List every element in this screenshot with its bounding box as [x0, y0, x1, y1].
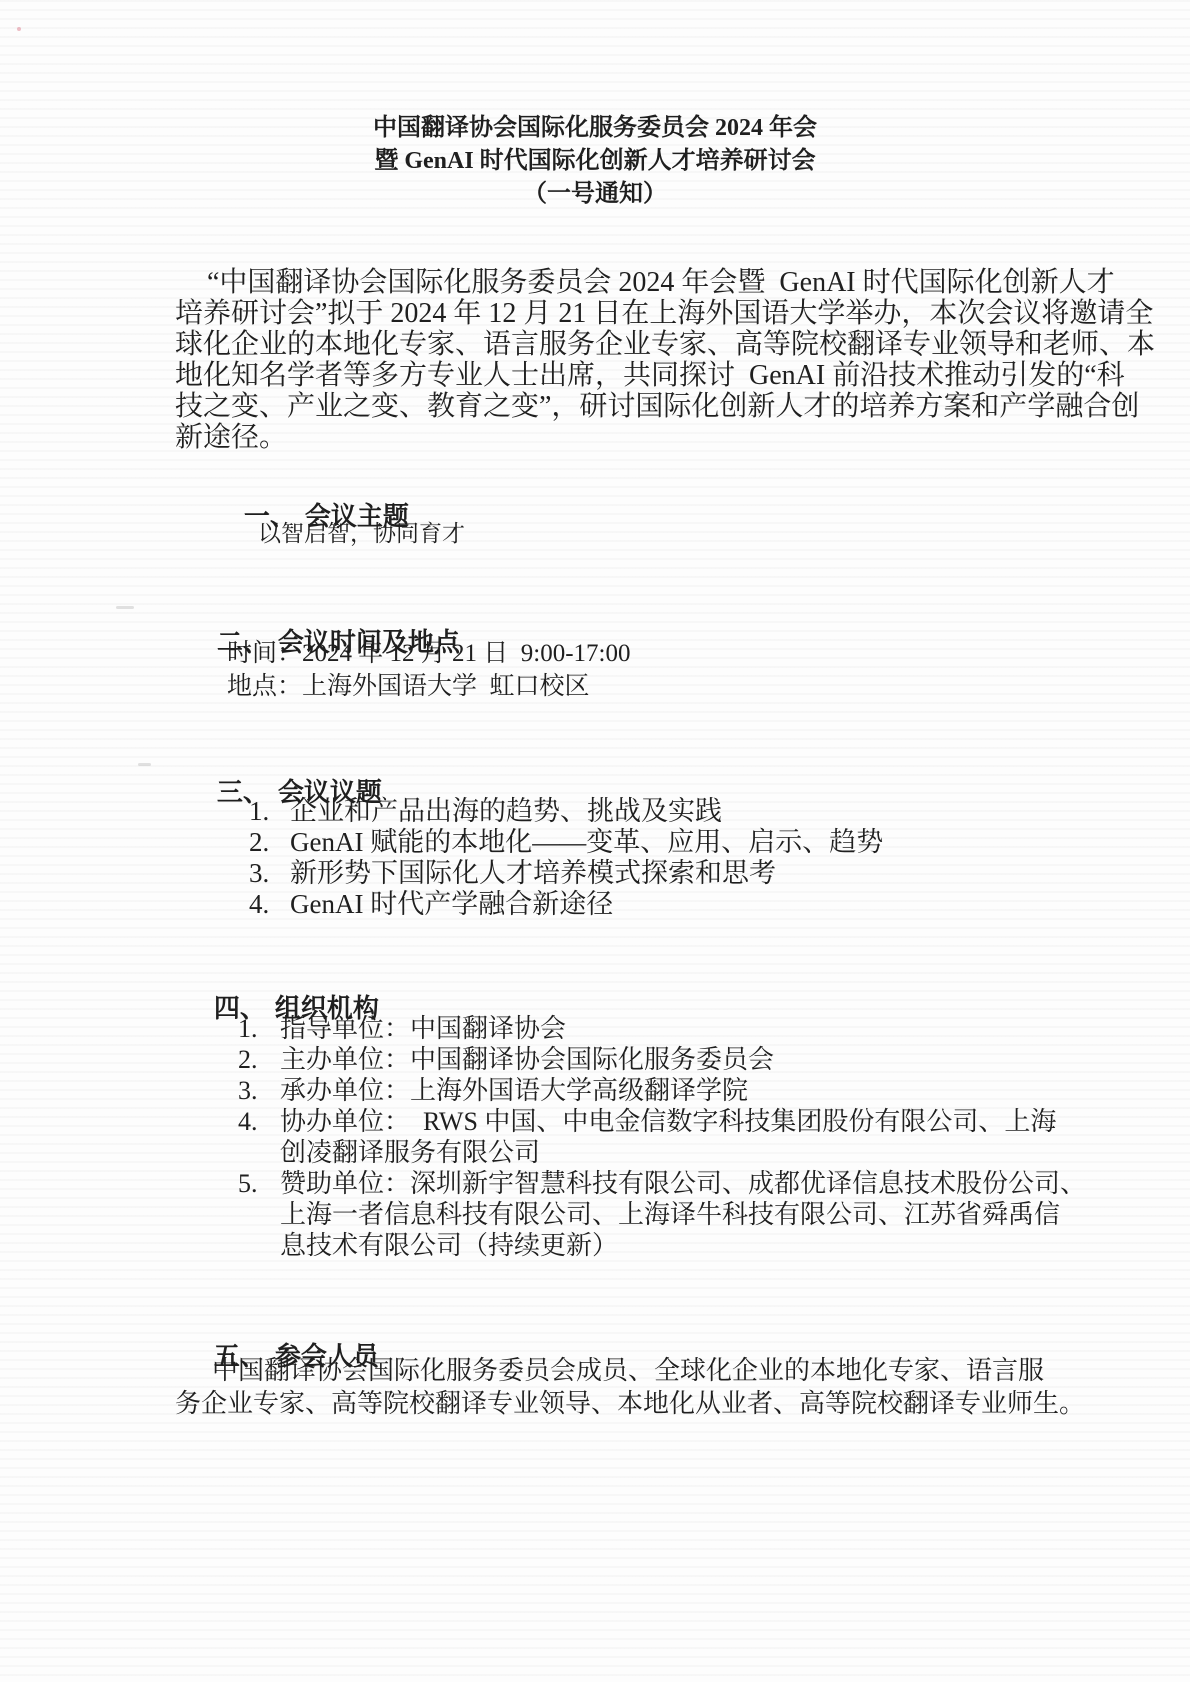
item-number: 3.	[249, 858, 290, 889]
intro-line: 地化知名学者等多方专业人士出席，共同探讨 GenAI 前沿技术推动引发的“科	[175, 360, 1155, 391]
meeting-theme: 以智启智，协同育才	[258, 519, 465, 549]
item-number: 5.	[238, 1168, 280, 1199]
item-text: 息技术有限公司（持续更新）	[280, 1231, 618, 1260]
list-item-continuation: 息技术有限公司（持续更新）	[238, 1230, 1086, 1261]
item-text: 新形势下国际化人才培养模式探索和思考	[290, 858, 776, 888]
intro-line: 球化企业的本地化专家、语言服务企业专家、高等院校翻译专业领导和老师、本	[175, 329, 1155, 360]
title-line-3: （一号通知）	[0, 178, 1190, 211]
item-text: 协办单位： RWS 中国、中电金信数字科技集团股份有限公司、上海	[280, 1107, 1056, 1136]
item-text: 指导单位：中国翻译协会	[280, 1014, 566, 1043]
intro-line: 培养研讨会”拟于 2024 年 12 月 21 日在上海外国语大学举办，本次会议…	[175, 298, 1155, 329]
title-line-2: 暨 GenAI 时代国际化创新人才培养研讨会	[0, 145, 1190, 178]
list-item: 2.GenAI 赋能的本地化——变革、应用、启示、趋势	[249, 827, 883, 858]
item-number: 4.	[238, 1106, 280, 1137]
item-text: 企业和产品出海的趋势、挑战及实践	[290, 796, 722, 826]
title-line-1: 中国翻译协会国际化服务委员会 2024 年会	[0, 112, 1190, 145]
list-item: 3.新形势下国际化人才培养模式探索和思考	[249, 858, 883, 889]
list-item-continuation: 上海一者信息科技有限公司、上海译牛科技有限公司、江苏省舜禹信	[238, 1199, 1086, 1230]
item-number: 1.	[238, 1013, 280, 1044]
item-text: 创凌翻译服务有限公司	[280, 1138, 540, 1167]
list-item: 1.指导单位：中国翻译协会	[238, 1013, 1086, 1044]
list-item-continuation: 创凌翻译服务有限公司	[238, 1137, 1086, 1168]
list-item: 2.主办单位：中国翻译协会国际化服务委员会	[238, 1044, 1086, 1075]
item-text: 赞助单位：深圳新宇智慧科技有限公司、成都优译信息技术股份公司、	[280, 1169, 1086, 1198]
meeting-time: 时间：2024 年 12 月 21 日 9:00-17:00	[227, 637, 630, 670]
item-text: GenAI 赋能的本地化——变革、应用、启示、趋势	[290, 827, 883, 857]
scan-artifact-streak	[138, 763, 151, 766]
item-number: 1.	[249, 796, 290, 827]
scan-artifact-dot	[17, 27, 21, 31]
organization-list: 1.指导单位：中国翻译协会 2.主办单位：中国翻译协会国际化服务委员会 3.承办…	[238, 1013, 1086, 1261]
participants-line: 务企业专家、高等院校翻译专业领导、本地化从业者、高等院校翻译专业师生。	[175, 1387, 1085, 1420]
item-text: 上海一者信息科技有限公司、上海译牛科技有限公司、江苏省舜禹信	[280, 1200, 1060, 1229]
item-text: 主办单位：中国翻译协会国际化服务委员会	[280, 1045, 774, 1074]
scan-artifact-streak	[116, 606, 134, 609]
meeting-place: 地点：上海外国语大学 虹口校区	[227, 670, 630, 703]
item-text: 承办单位：上海外国语大学高级翻译学院	[280, 1076, 748, 1105]
agenda-list: 1.企业和产品出海的趋势、挑战及实践 2.GenAI 赋能的本地化——变革、应用…	[249, 796, 883, 920]
item-number: 2.	[249, 827, 290, 858]
list-item: 1.企业和产品出海的趋势、挑战及实践	[249, 796, 883, 827]
item-number: 2.	[238, 1044, 280, 1075]
item-number: 3.	[238, 1075, 280, 1106]
scanned-document-page: 中国翻译协会国际化服务委员会 2024 年会 暨 GenAI 时代国际化创新人才…	[0, 0, 1190, 1682]
participants-line: 中国翻译协会国际化服务委员会成员、全球化企业的本地化专家、语言服	[175, 1354, 1085, 1387]
document-title: 中国翻译协会国际化服务委员会 2024 年会 暨 GenAI 时代国际化创新人才…	[0, 112, 1190, 211]
list-item: 4.GenAI 时代产学融合新途径	[249, 889, 883, 920]
item-text: GenAI 时代产学融合新途径	[290, 889, 613, 919]
intro-line: “中国翻译协会国际化服务委员会 2024 年会暨 GenAI 时代国际化创新人才	[175, 267, 1155, 298]
list-item: 4.协办单位： RWS 中国、中电金信数字科技集团股份有限公司、上海	[238, 1106, 1086, 1137]
time-place-block: 时间：2024 年 12 月 21 日 9:00-17:00 地点：上海外国语大…	[227, 637, 630, 703]
intro-paragraph: “中国翻译协会国际化服务委员会 2024 年会暨 GenAI 时代国际化创新人才…	[175, 267, 1155, 453]
list-item: 5.赞助单位：深圳新宇智慧科技有限公司、成都优译信息技术股份公司、	[238, 1168, 1086, 1199]
list-item: 3.承办单位：上海外国语大学高级翻译学院	[238, 1075, 1086, 1106]
intro-line: 技之变、产业之变、教育之变”，研讨国际化创新人才的培养方案和产学融合创	[175, 391, 1155, 422]
intro-line: 新途径。	[175, 422, 1155, 453]
participants-paragraph: 中国翻译协会国际化服务委员会成员、全球化企业的本地化专家、语言服 务企业专家、高…	[175, 1354, 1085, 1420]
item-number: 4.	[249, 889, 290, 920]
